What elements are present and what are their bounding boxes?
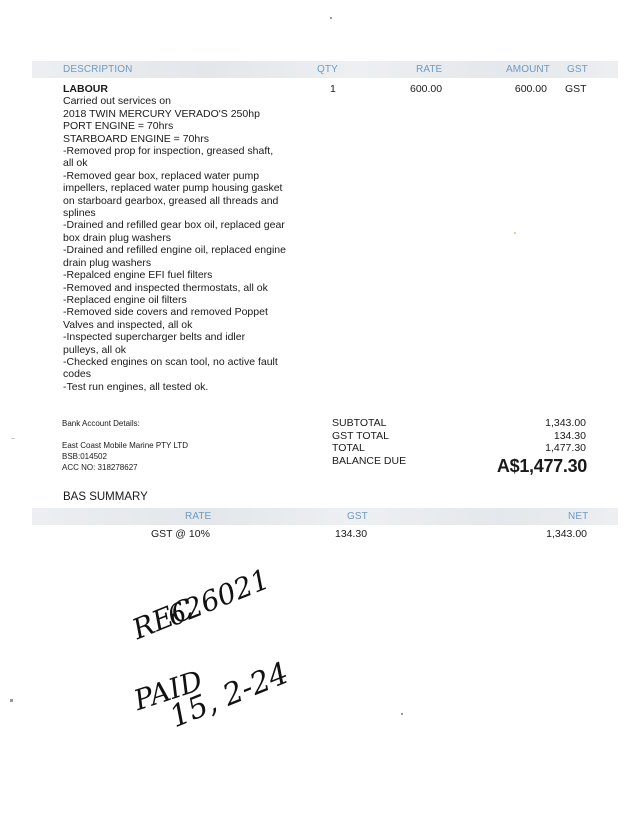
- balance-due-label: BALANCE DUE: [332, 455, 406, 468]
- scan-speck: [514, 232, 516, 234]
- bank-bsb: BSB:014502: [62, 451, 188, 462]
- handwriting-reference: 626021: [163, 562, 274, 633]
- description-line: -Drained and refilled engine oil, replac…: [63, 244, 303, 256]
- line-item-rate: 600.00: [410, 83, 442, 95]
- bas-row-gst: 134.30: [335, 528, 367, 540]
- balance-due-value: A$1,477.30: [440, 456, 587, 477]
- description-line: -Removed gear box, replaced water pump: [63, 170, 303, 182]
- header-rate: RATE: [416, 64, 442, 75]
- description-line: -Test run engines, all tested ok.: [63, 381, 303, 393]
- description-line: pulleys, all ok: [63, 344, 303, 356]
- description-line: -Removed and inspected thermostats, all …: [63, 282, 303, 294]
- description-line: drain plug washers: [63, 257, 303, 269]
- bank-company: East Coast Mobile Marine PTY LTD: [62, 440, 188, 451]
- description-line: Valves and inspected, all ok: [63, 319, 303, 331]
- description-line: -Checked engines on scan tool, no active…: [63, 356, 303, 368]
- description-line: -Repalced engine EFI fuel filters: [63, 269, 303, 281]
- description-line: box drain plug washers: [63, 232, 303, 244]
- header-qty: QTY: [317, 64, 338, 75]
- scan-speck: [10, 699, 13, 702]
- total-value: 1,477.30: [480, 442, 586, 455]
- bas-summary-title: BAS SUMMARY: [63, 491, 148, 503]
- header-amount: AMOUNT: [506, 64, 550, 75]
- gst-total-label: GST TOTAL: [332, 430, 406, 443]
- bas-header-net: NET: [568, 511, 588, 522]
- description-line: -Removed prop for inspection, greased sh…: [63, 145, 303, 157]
- line-item-description: Carried out services on2018 TWIN MERCURY…: [63, 95, 303, 393]
- bank-details: Bank Account Details: East Coast Mobile …: [62, 418, 188, 473]
- bas-row-net: 1,343.00: [500, 528, 587, 540]
- description-line: all ok: [63, 157, 303, 169]
- description-line: -Removed side covers and removed Poppet: [63, 306, 303, 318]
- description-line: 2018 TWIN MERCURY VERADO'S 250hp: [63, 108, 303, 120]
- description-line: -Drained and refilled gear box oil, repl…: [63, 219, 303, 231]
- header-description: DESCRIPTION: [63, 64, 132, 75]
- description-line: PORT ENGINE = 70hrs: [63, 120, 303, 132]
- description-line: codes: [63, 368, 303, 380]
- description-line: impellers, replaced water pump housing g…: [63, 182, 303, 194]
- gst-total-value: 134.30: [480, 430, 586, 443]
- bas-header-rate: RATE: [185, 511, 211, 522]
- line-items-header: DESCRIPTION QTY RATE AMOUNT GST: [32, 61, 618, 78]
- bank-acc: ACC NO: 318278627: [62, 462, 188, 473]
- line-item-gst: GST: [565, 83, 587, 95]
- line-item: LABOUR Carried out services on2018 TWIN …: [63, 83, 303, 393]
- scan-speck: [11, 438, 15, 439]
- header-gst: GST: [567, 64, 588, 75]
- totals-labels: SUBTOTAL GST TOTAL TOTAL BALANCE DUE: [332, 417, 406, 467]
- bas-row-rate: GST @ 10%: [151, 528, 210, 540]
- subtotal-label: SUBTOTAL: [332, 417, 406, 430]
- bas-header-gst: GST: [347, 511, 368, 522]
- bas-summary-header: RATE GST NET: [32, 508, 618, 525]
- description-line: Carried out services on: [63, 95, 303, 107]
- line-item-amount: 600.00: [480, 83, 547, 95]
- line-item-qty: 1: [330, 83, 336, 95]
- total-label: TOTAL: [332, 442, 406, 455]
- description-line: -Inspected supercharger belts and idler: [63, 331, 303, 343]
- description-line: on starboard gearbox, greased all thread…: [63, 195, 303, 207]
- description-line: STARBOARD ENGINE = 70hrs: [63, 133, 303, 145]
- scan-speck: [330, 17, 332, 19]
- subtotal-value: 1,343.00: [480, 417, 586, 430]
- totals-values: 1,343.00 134.30 1,477.30: [480, 417, 586, 455]
- line-item-title: LABOUR: [63, 83, 303, 95]
- bank-heading: Bank Account Details:: [62, 418, 188, 429]
- description-line: splines: [63, 207, 303, 219]
- scan-speck: [401, 713, 403, 715]
- description-line: -Replaced engine oil filters: [63, 294, 303, 306]
